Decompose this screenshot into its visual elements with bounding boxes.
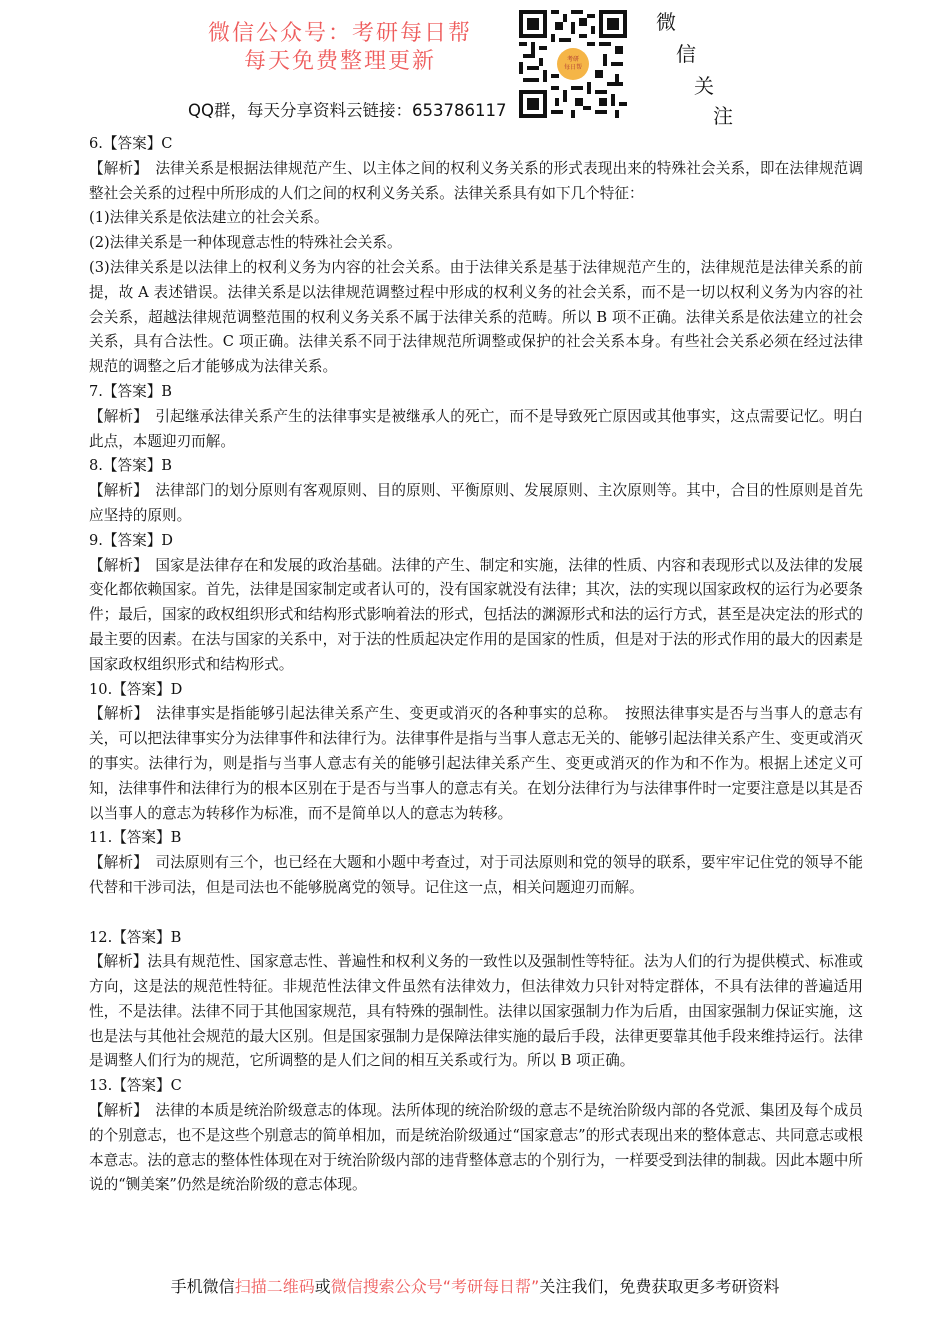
vertical-text-char: 注 — [713, 100, 733, 129]
footer-text: 手机微信 — [171, 1277, 235, 1296]
answer-label: 9.【答案】D — [89, 529, 863, 554]
spacer — [89, 901, 863, 926]
page-footer: 手机微信扫描二维码或微信搜索公众号“考研每日帮”关注我们，免费获取更多考研资料 — [0, 1274, 950, 1297]
promo-line-1: 微信公众号：考研每日帮 — [190, 20, 490, 48]
answer-item-6: 6.【答案】C 【解析】 法律关系是根据法律规范产生、以主体之间的权利义务关系的… — [89, 132, 863, 380]
analysis-paragraph: 【解析】 国家是法律存在和发展的政治基础。法律的产生、制定和实施，法律的性质、内… — [89, 554, 863, 678]
answer-label: 6.【答案】C — [89, 132, 863, 157]
answer-item-8: 8.【答案】B 【解析】 法律部门的划分原则有客观原则、目的原则、平衡原则、发展… — [89, 454, 863, 528]
analysis-paragraph: (2)法律关系是一种体现意志性的特殊社会关系。 — [89, 231, 863, 256]
answer-label: 10.【答案】D — [89, 678, 863, 703]
qr-logo-line-2: 每日帮 — [557, 64, 589, 72]
promo-banner: 微信公众号：考研每日帮 每天免费整理更新 — [190, 20, 490, 76]
footer-text: 关注我们，免费获取更多考研资料 — [539, 1277, 779, 1296]
analysis-paragraph: (3)法律关系是以法律上的权利义务为内容的社会关系。由于法律关系是基于法律规范产… — [89, 256, 863, 380]
analysis-paragraph: 【解析】 司法原则有三个，也已经在大题和小题中考查过，对于司法原则和党的领导的联… — [89, 851, 863, 901]
vertical-text-char: 信 — [676, 38, 696, 67]
answer-label: 12.【答案】B — [89, 926, 863, 951]
answer-list: 6.【答案】C 【解析】 法律关系是根据法律规范产生、以主体之间的权利义务关系的… — [89, 132, 863, 1198]
page-header: 微信公众号：考研每日帮 每天免费整理更新 QQ群，每天分享资料云链接：65378… — [0, 0, 950, 130]
qq-group-line: QQ群，每天分享资料云链接：653786117 — [188, 97, 506, 121]
qr-logo-line-1: 考研 — [557, 56, 589, 64]
footer-text: 或 — [315, 1277, 331, 1296]
answer-item-7: 7.【答案】B 【解析】 引起继承法律关系产生的法律事实是被继承人的死亡，而不是… — [89, 380, 863, 454]
answer-item-12: 12.【答案】B 【解析】法具有规范性、国家意志性、普遍性和权利义务的一致性以及… — [89, 926, 863, 1075]
analysis-paragraph: 【解析】 法律部门的划分原则有客观原则、目的原则、平衡原则、发展原则、主次原则等… — [89, 479, 863, 529]
analysis-paragraph: (1)法律关系是依法建立的社会关系。 — [89, 206, 863, 231]
vertical-text-char: 微 — [656, 6, 676, 35]
analysis-paragraph: 【解析】法具有规范性、国家意志性、普遍性和权利义务的一致性以及强制性等特征。法为… — [89, 950, 863, 1074]
answer-label: 13.【答案】C — [89, 1074, 863, 1099]
vertical-text-char: 关 — [694, 70, 714, 99]
answer-item-9: 9.【答案】D 【解析】 国家是法律存在和发展的政治基础。法律的产生、制定和实施… — [89, 529, 863, 678]
qr-code-icon[interactable]: 考研 每日帮 — [519, 10, 627, 118]
promo-line-2: 每天免费整理更新 — [190, 48, 490, 76]
answer-item-13: 13.【答案】C 【解析】 法律的本质是统治阶级意志的体现。法所体现的统治阶级的… — [89, 1074, 863, 1198]
answer-label: 7.【答案】B — [89, 380, 863, 405]
qr-logo: 考研 每日帮 — [557, 48, 589, 80]
footer-highlight-scan: 扫描二维码 — [235, 1277, 315, 1296]
analysis-paragraph: 【解析】 法律的本质是统治阶级意志的体现。法所体现的统治阶级的意志不是统治阶级内… — [89, 1099, 863, 1198]
analysis-paragraph: 【解析】 法律关系是根据法律规范产生、以主体之间的权利义务关系的形式表现出来的特… — [89, 157, 863, 207]
analysis-paragraph: 【解析】 引起继承法律关系产生的法律事实是被继承人的死亡，而不是导致死亡原因或其… — [89, 405, 863, 455]
answer-label: 8.【答案】B — [89, 454, 863, 479]
answer-item-11: 11.【答案】B 【解析】 司法原则有三个，也已经在大题和小题中考查过，对于司法… — [89, 826, 863, 900]
footer-highlight-search: 微信搜索公众号“考研每日帮” — [331, 1277, 540, 1296]
analysis-paragraph: 【解析】 法律事实是指能够引起法律关系产生、变更或消灭的各种事实的总称。 按照法… — [89, 702, 863, 826]
answer-item-10: 10.【答案】D 【解析】 法律事实是指能够引起法律关系产生、变更或消灭的各种事… — [89, 678, 863, 827]
answer-label: 11.【答案】B — [89, 826, 863, 851]
